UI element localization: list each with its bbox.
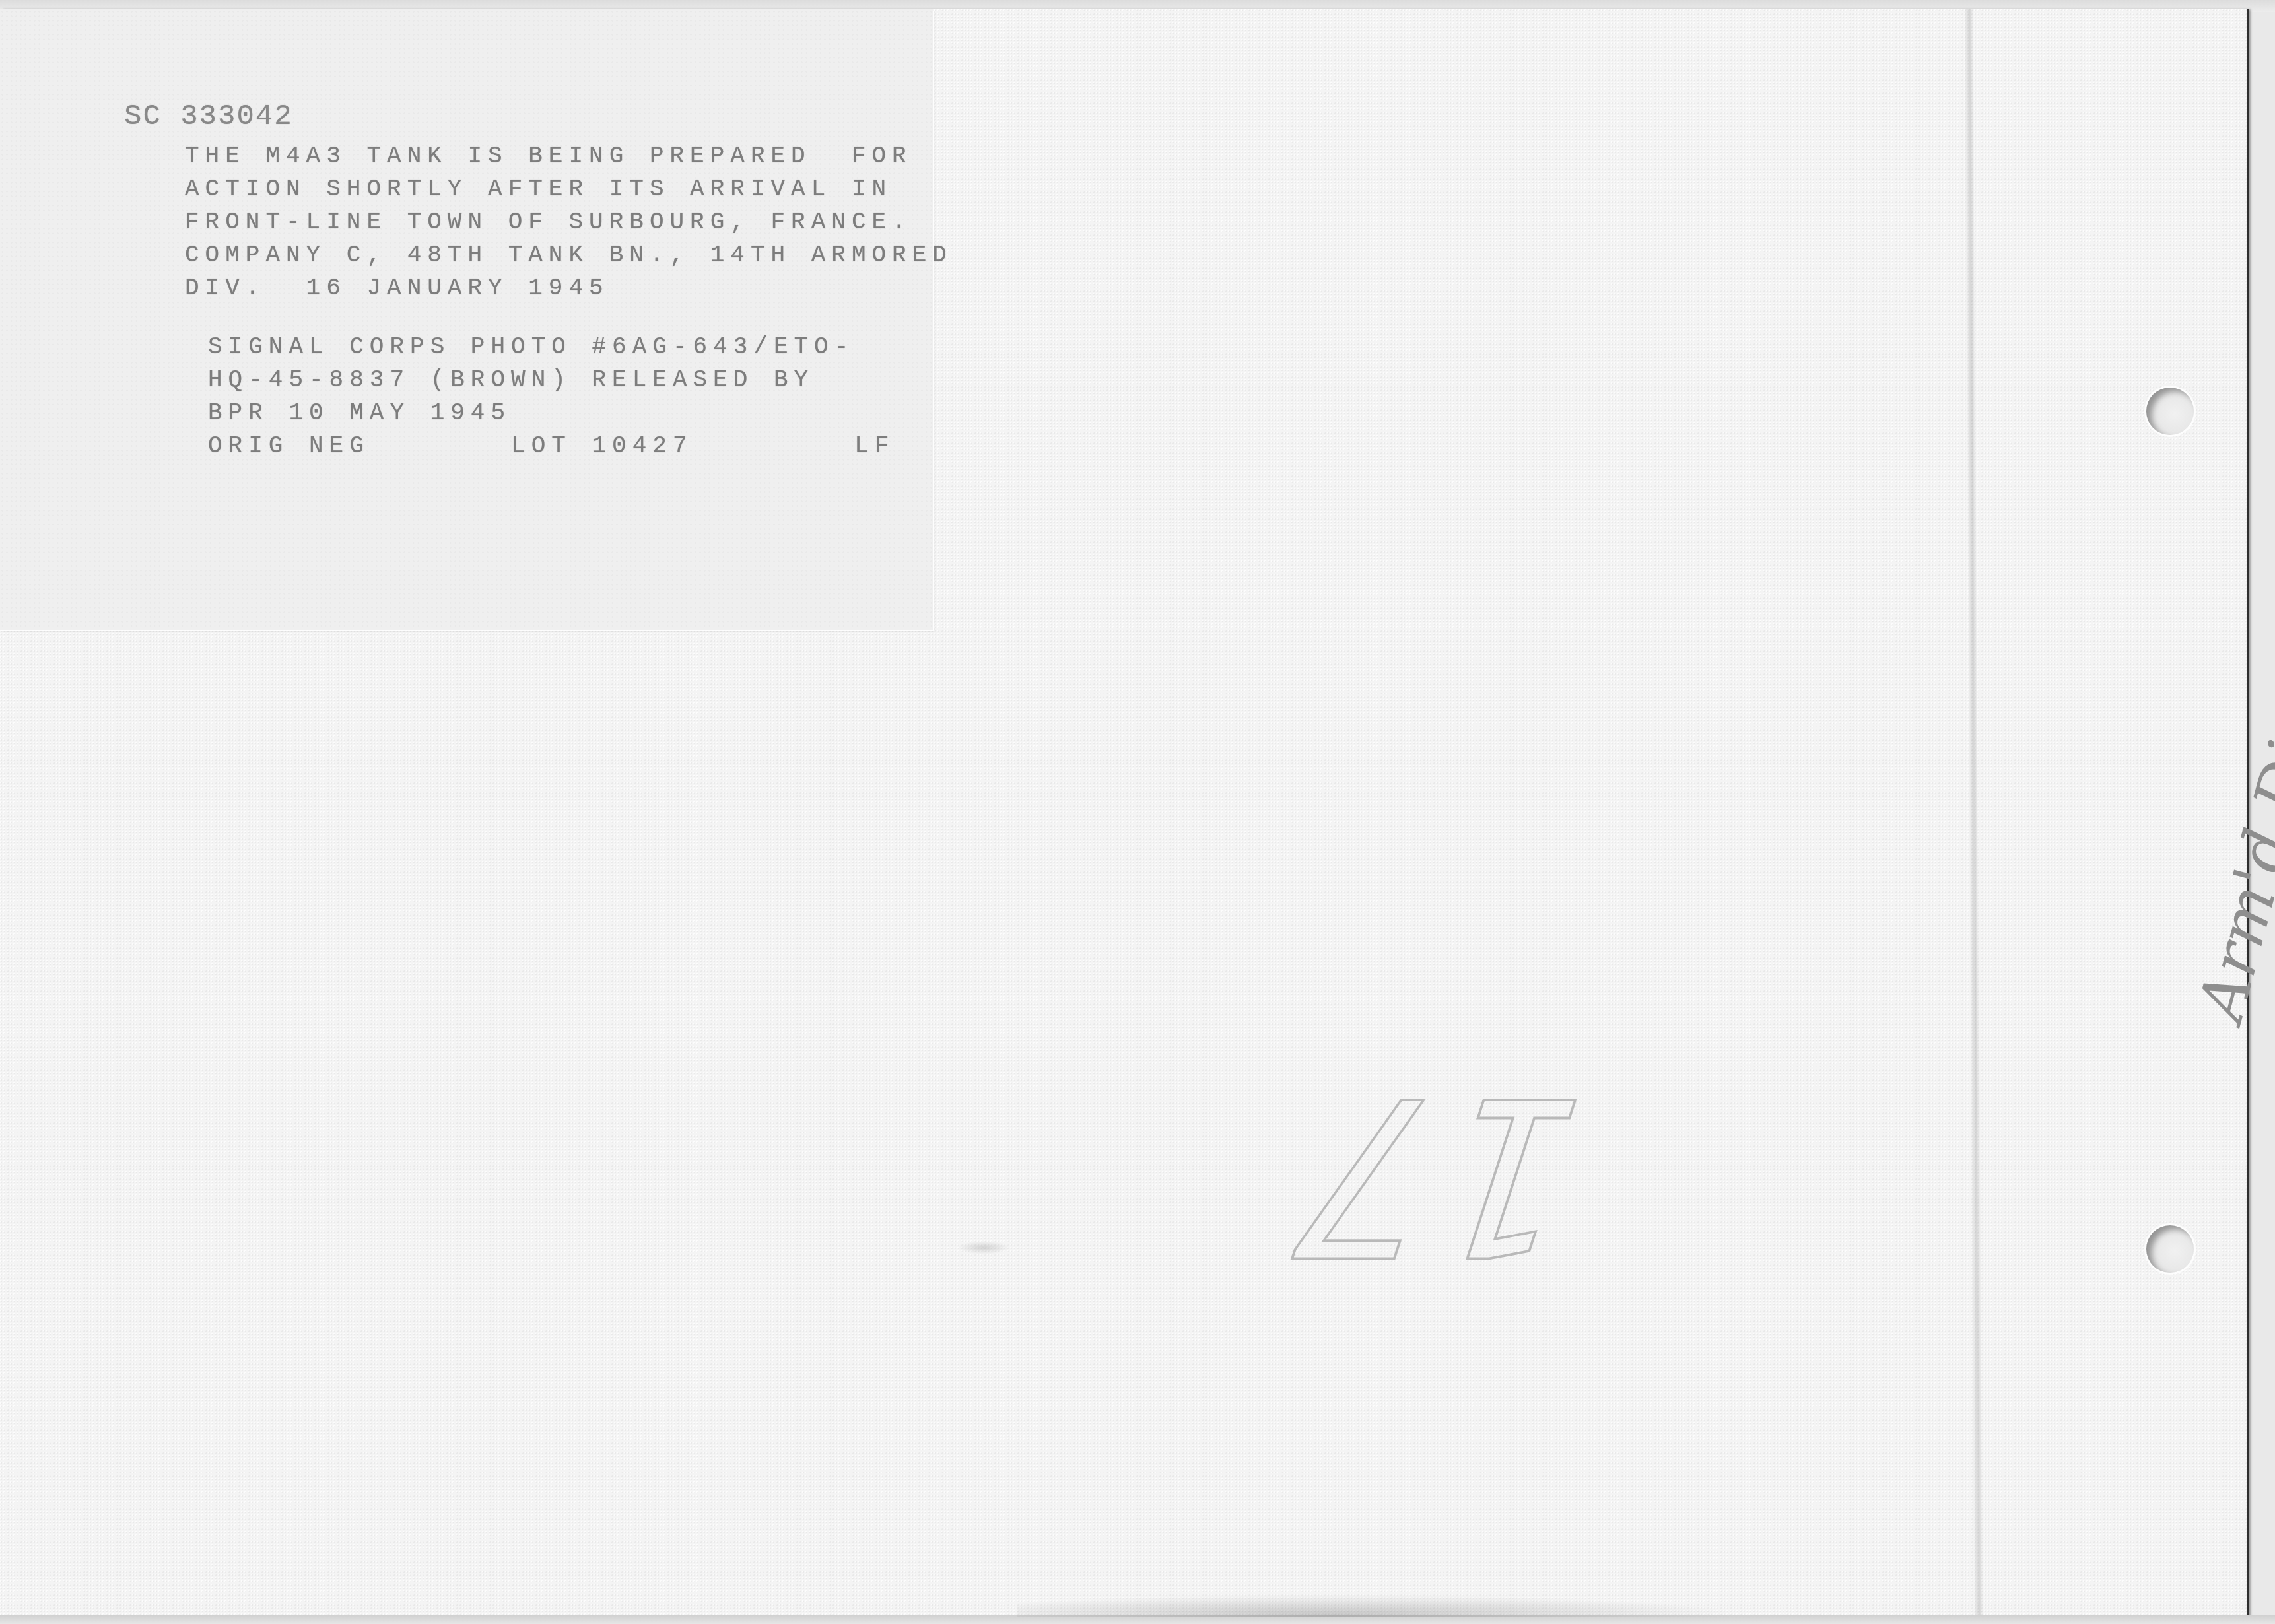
source-line: HQ-45-8837 (BROWN) RELEASED BY [208, 366, 814, 393]
source-line: BPR 10 MAY 1945 [208, 399, 511, 426]
bottom-edge-smudge [1017, 1591, 1809, 1617]
source-line: ORIG NEG LOT 10427 LF [208, 432, 895, 459]
punched-hole-icon [2146, 388, 2194, 435]
pencil-smudge [957, 1241, 1010, 1254]
caption-line: DIV. 16 JANUARY 1945 [185, 275, 609, 302]
source-line: SIGNAL CORPS PHOTO #6AG-643/ETO- [208, 333, 854, 360]
caption-line: THE M4A3 TANK IS BEING PREPARED FOR [185, 143, 912, 170]
photo-id: SC 333042 [124, 100, 293, 133]
caption-line: ACTION SHORTLY AFTER ITS ARRIVAL IN [185, 176, 892, 203]
caption-line: FRONT-LINE TOWN OF SURBOURG, FRANCE. [185, 209, 912, 236]
caption-line: COMPANY C, 48TH TANK BN., 14TH ARMORED [185, 242, 953, 269]
punched-hole-icon [2146, 1225, 2194, 1273]
